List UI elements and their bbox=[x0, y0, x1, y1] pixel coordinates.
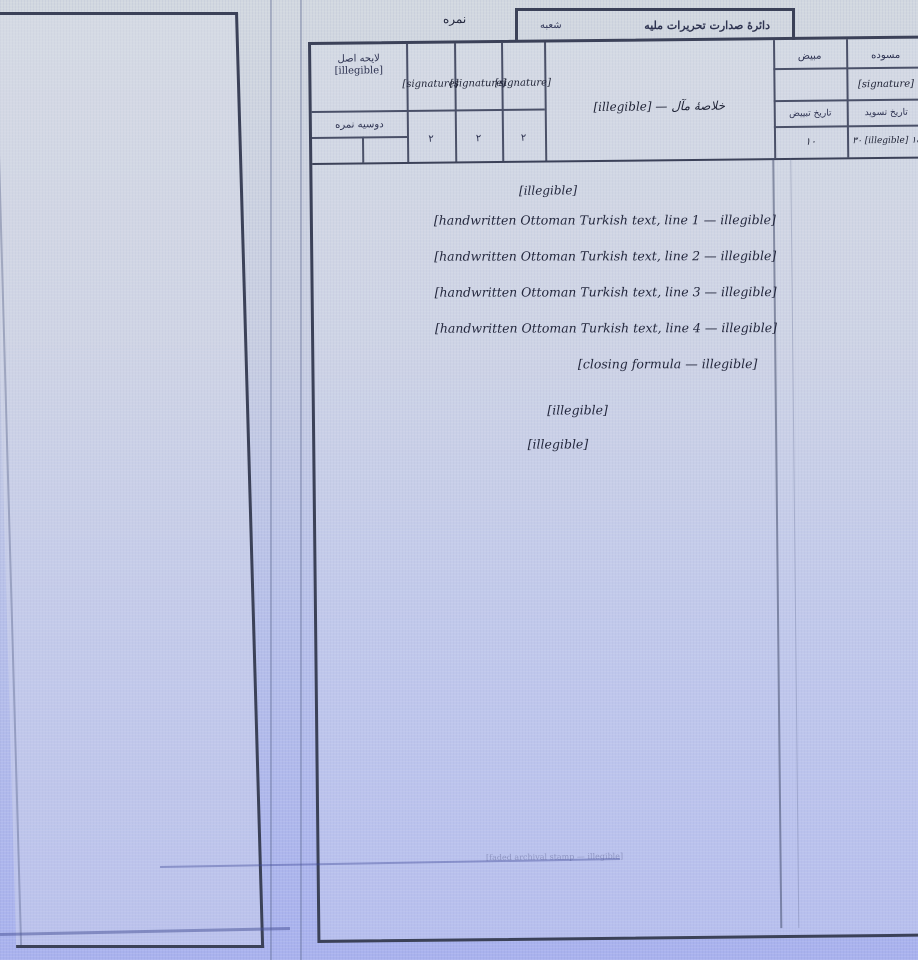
body-line: [handwritten Ottoman Turkish text, line … bbox=[321, 238, 776, 275]
signature-3: [signature] bbox=[501, 63, 544, 103]
left-block-top: لایحه اصل [illegible] bbox=[311, 48, 406, 83]
page-edge bbox=[0, 15, 22, 945]
closing-line: [illegible] bbox=[323, 426, 778, 463]
clean-date-value: ١٠ bbox=[774, 127, 847, 156]
left-block-label: لایحه اصل bbox=[337, 53, 379, 65]
clean-copy-label: مبیض bbox=[773, 43, 846, 68]
document-body: [illegible] [handwritten Ottoman Turkish… bbox=[320, 170, 778, 465]
top-stamp-mark: نمره bbox=[443, 12, 466, 26]
closing-line: [closing formula — illegible] bbox=[322, 346, 777, 383]
document-page: لایحه اصل [illegible] دوسیه نمره [signat… bbox=[308, 35, 918, 943]
body-line: [handwritten Ottoman Turkish text, line … bbox=[322, 310, 777, 347]
table-divider bbox=[362, 136, 364, 162]
draft-date-value: ١٤ [illegible] ٣٠ bbox=[847, 127, 918, 156]
header-subtitle: شعبه bbox=[540, 20, 562, 31]
signature-1: [signature] bbox=[406, 63, 454, 104]
fold-line bbox=[790, 158, 799, 928]
dossier-number-label: دوسیه نمره bbox=[312, 112, 407, 137]
draft-signature: [signature] bbox=[846, 69, 918, 100]
body-line: [handwritten Ottoman Turkish text, line … bbox=[321, 202, 776, 239]
draft-date-label: تاریخ تسوید bbox=[847, 101, 918, 126]
left-block-value: [illegible] bbox=[335, 65, 384, 78]
clean-date-label: تاریخ تبییض bbox=[774, 101, 847, 126]
header-title: دائرهٔ صدارت تحریرات ملیه bbox=[644, 19, 770, 32]
document-header: شعبه دائرهٔ صدارت تحریرات ملیه bbox=[515, 8, 795, 40]
fold-line bbox=[300, 0, 302, 960]
closing-line: [illegible] bbox=[323, 392, 778, 429]
number-cell: ٢ bbox=[502, 123, 545, 153]
left-blank-page bbox=[0, 12, 264, 948]
body-line: [handwritten Ottoman Turkish text, line … bbox=[322, 274, 777, 311]
subject-summary: خلاصهٔ مآل — [illegible] bbox=[544, 80, 774, 132]
number-cell: ٢ bbox=[407, 123, 455, 154]
draft-label: مسوده bbox=[846, 43, 918, 68]
document-header-table: لایحه اصل [illegible] دوسیه نمره [signat… bbox=[311, 39, 918, 165]
fold-line bbox=[270, 0, 272, 960]
number-cell: ٢ bbox=[455, 123, 502, 153]
